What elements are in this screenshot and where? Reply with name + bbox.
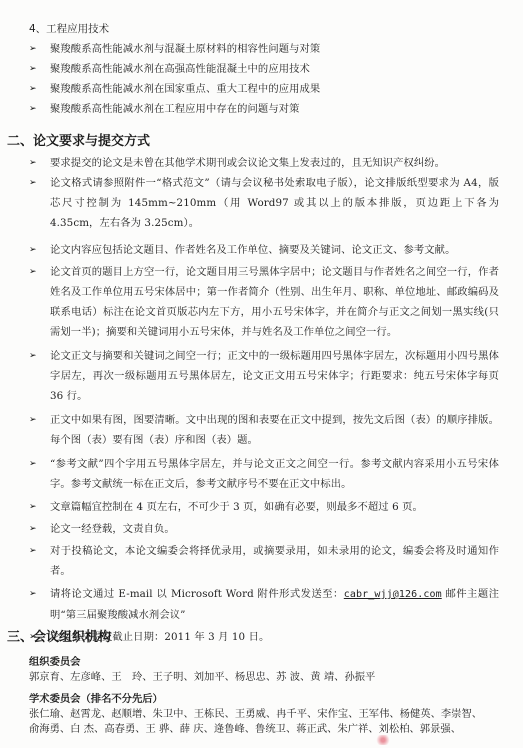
list-item: ➢ 文章篇幅宜控制在 4 页左右，不可少于 3 页，如确有必要，则最多不超过 6… [29,497,499,517]
organizing-committee-title: 组织委员会 [29,655,80,669]
arrow-bullet-icon: ➢ [29,173,41,193]
organizing-committee-names: 郭京育、左彦峰、王 玲、王子明、刘加平、杨思忠、苏 波、黄 靖、孙振平 [29,670,519,685]
email-link[interactable]: cabr_wjj@126.com [344,589,442,600]
list-item: ➢ 聚羧酸系高性能减水剂在国家重点、重大工程中的应用成果 [29,79,499,99]
list-item: ➢ 论文内容应包括论文题目、作者姓名及工作单位、摘要及关键词、论文正文、参考文献… [29,240,499,260]
arrow-bullet-icon: ➢ [29,519,41,539]
arrow-bullet-icon: ➢ [29,59,41,79]
academic-committee-title: 学术委员会（排名不分先后） [29,692,163,706]
arrow-bullet-icon: ➢ [29,497,41,517]
list-item: ➢ 聚羧酸系高性能减水剂在高强高性能混凝土中的应用技术 [29,59,499,79]
arrow-bullet-icon: ➢ [29,346,41,366]
arrow-bullet-icon: ➢ [29,262,41,282]
list-item: ➢ 要求提交的论文是未曾在其他学术期刊或会议论文集上发表过的，且无知识产权纠纷。 [29,153,499,173]
arrow-bullet-icon: ➢ [29,454,41,474]
arrow-bullet-icon: ➢ [29,79,41,99]
academic-committee-names-line2: 俞海勇、白 杰、高春勇、王 骅、薛 庆、逄鲁峰、鲁统卫、蒋正武、朱广祥、刘松柏、… [29,722,519,737]
arrow-bullet-icon: ➢ [29,541,41,561]
list-item: ➢ 论文首页的题目上方空一行，论文题目用三号黑体字居中；论文题目与作者姓名之间空… [29,262,499,342]
academic-committee-names-line1: 张仁瑜、赵霄龙、赵顺增、朱卫中、王栋民、王勇威、冉千平、宋作宝、王军伟、杨健英、… [29,707,519,722]
list-item: ➢ 对于投稿论文，本论文编委会将择优录用，或摘要录用，如未录用的论文，编委会将及… [29,541,499,581]
arrow-bullet-icon: ➢ [29,99,41,119]
document-page: 4、工程应用技术 ➢ 聚羧酸系高性能减水剂与混凝土原材料的相容性问题与对策 ➢ … [0,0,523,748]
section-heading-committees: 三、会议组织机构 [7,629,111,647]
arrow-bullet-icon: ➢ [29,39,41,59]
subsection-heading-4: 4、工程应用技术 [29,22,109,36]
list-item: ➢ 聚羧酸系高性能减水剂与混凝土原材料的相容性问题与对策 [29,39,499,59]
arrow-bullet-icon: ➢ [29,153,41,173]
list-item: ➢ “参考文献”四个字用五号黑体字居左，并与论文正文之间空一行。参考文献内容采用… [29,454,499,494]
section-heading-requirements: 二、论文要求与提交方式 [7,133,150,151]
list-item: ➢ 聚羧酸系高性能减水剂在工程应用中存在的问题与对策 [29,99,499,119]
arrow-bullet-icon: ➢ [29,584,41,604]
list-item: ➢ 论文一经登载，文责自负。 [29,519,499,539]
arrow-bullet-icon: ➢ [29,410,41,430]
list-item: ➢ 论文格式请参照附件一“格式范文”（请与会议秘书处索取电子版），论文排版纸型要… [29,173,499,233]
arrow-bullet-icon: ➢ [29,240,41,260]
list-item-email: ➢ 请将论文通过 E-mail 以 Microsoft Word 附件形式发送至… [29,584,499,625]
red-ink-mark [375,735,391,745]
list-item: ➢ 正文中如果有图，图要清晰。文中出现的图和表要在正文中提到，按先文后图（表）的… [29,410,499,450]
list-item: ➢ 论文正文与摘要和关键词之间空一行；正文中的一级标题用四号黑体字居左，次标题用… [29,346,499,406]
